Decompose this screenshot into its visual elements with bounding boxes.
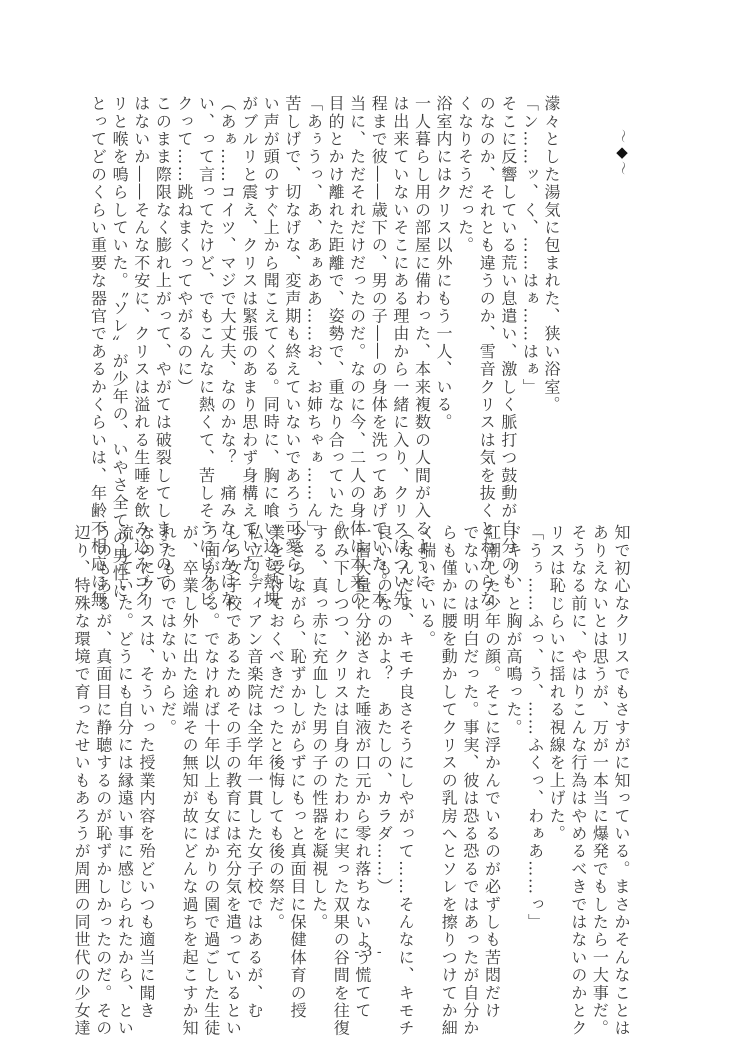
section-divider-ornament: ～ ◆ ～ [612,128,632,176]
text-column: うのもあるが、真面目に静聴するのが恥ずかしかったのだ。その [92,524,114,916]
text-column: しろ女子校であるためその手の教育には充分気を遣っているとい [222,524,244,916]
text-column: はないか――そんな不安に、クリスは溢れる生唾を飲み込みゴク [130,95,152,487]
text-column: 「あぅうっ、あ、あぁああ……お、お姉ちゃぁ……ん」 [303,95,325,487]
text-column: 当に、ただそれだけだったのだ。なのに今、二人の身体は本来の [346,95,368,487]
text-column: が、卒業し外に出た途端その無知が故にどんな過ちを起こすか知 [179,524,201,916]
text-column: がブルリと震え、クリスは緊張のあまり思わず身構えていた。 [238,95,260,487]
text-column: リスは恥じらいに揺れる視線を上げた。 [546,524,568,916]
diamond-icon: ◆ [616,144,628,160]
text-column: そうなる前に、やはりこんな行為はやめるべきではないのかとク [567,524,589,916]
text-column: このまま際限なく膨れ上がって、やがては破裂してしまうので [152,95,174,487]
text-column: （なんだよ、キモチ良さそうにしやがって……そんなに、キモチ [394,524,416,916]
text-column: 知で初心なクリスでもさすがに知っている。まさかそんなことは [610,524,632,916]
text-block-top: 濛々とした湯気に包まれた、狭い浴室。「ン……ッ、く、……はぁ……はぁ」そこに反響… [87,95,562,487]
text-column: は出来ていないそこにある理由から一緒に入り、クリスはつい先 [389,95,411,487]
page-number: - 3 - [0,944,736,960]
text-column: のなのか、それとも違うのか、雪音クリスは気を抜くとわからな [476,95,498,487]
text-column: でないのは明白だった。事実、彼は恐る恐るではあったが自分か [459,524,481,916]
text-column: 「うぅ……ふっ、う、……ふくっ、わぁあ……っ」 [524,524,546,916]
tilde-bottom: ～ [614,161,630,175]
text-column: する、真っ赤に充血した男の子の性器を凝視した。 [308,524,330,916]
text-column: 程まで彼――歳下の、男の子――の身体を洗ってあげていた。本 [368,95,390,487]
text-column: 苦しげで、切なげな、変声期も終えていないであろう可愛らし [281,95,303,487]
text-column: なのにクリスは、そういった授業内容を殆どいつも適当に聞き [135,524,157,916]
tilde-top: ～ [614,129,630,143]
text-column: れたものではないからだ。 [157,524,179,916]
text-block-bottom: 知で初心なクリスでもさすがに知っている。まさかそんなことはありえないとは思うが、… [71,524,632,916]
text-column: い声が頭のすぐ上から聞こえてくる。同時に、胸に喰い込む熱塊 [260,95,282,487]
text-column: 私立リディアン音楽院は全学年一貫した女子校ではあるが、む [243,524,265,916]
text-column: 「ン……ッ、く、……はぁ……はぁ」 [519,95,541,487]
text-column: 辺り、特殊な環境で育ったせいもあろうが周囲の同世代の少女達 [71,524,93,916]
text-column: 一人暮らし用の部屋に備わった、本来複数の人間が入るように [411,95,433,487]
text-column: く喘いでいる。 [416,524,438,916]
text-column: らも僅かに腰を動かしてクリスの乳房へとソレを擦りつけてか細 [438,524,460,916]
text-column: リと喉を鳴らしていた。〝ソレ〟が少年の、いやさ全ての男性に [109,95,131,487]
text-column: 濛々とした湯気に包まれた、狭い浴室。 [540,95,562,487]
text-column: う面がある。でなければ十年以上も女ばかりの園で過ごした生徒 [200,524,222,916]
text-column: そこに反響している荒い息遣い、激しく脈打つ鼓動が自分のも [497,95,519,487]
text-column: ありえないとは思うが、万が一本当に爆発でもしたら一大事だ。 [589,524,611,916]
text-column: い、って言ってたけど、でもこんなに熱くて、苦しそうにビクビ [195,95,217,487]
text-column: 業を受けておくべきだったと後悔しても後の祭だ。 [265,524,287,916]
text-column: 浴室内にはクリス以外にもう一人、いる。 [432,95,454,487]
text-column: くなりそうだった。 [454,95,476,487]
text-column: 紅潮した少年の顔。そこに浮かんでいるのが必ずしも苦悶だけ [481,524,503,916]
text-column: 目的とかけ離れた距離で、姿勢で、重なり合っていた。 [324,95,346,487]
text-column: ドキリ、と胸が高鳴った。 [502,524,524,916]
text-column: 一層大量に分泌された唾液が口元から零れ落ちないよう慌てて [351,524,373,916]
text-column: 流していた。どうにも自分には縁遠い事に感じられたから、とい [114,524,136,916]
text-column: （あぁ……コイツ、マジで大丈夫、なのかな？ 痛みなんかはな [217,95,239,487]
text-column: クって……跳ねまくってやがるのに） [173,95,195,487]
text-column: 今さらながら、恥ずかしがらずにもっと真面目に保健体育の授 [287,524,309,916]
text-column: 良いものなのかよ？ あたしの、カラダ……） [373,524,395,916]
text-column: とってどのくらい重要な器官であるかくらいは、年齢不相応に無 [87,95,109,487]
text-column: 飲み下しつつ、クリスは自身のたわわに実った双果の谷間を往復 [330,524,352,916]
